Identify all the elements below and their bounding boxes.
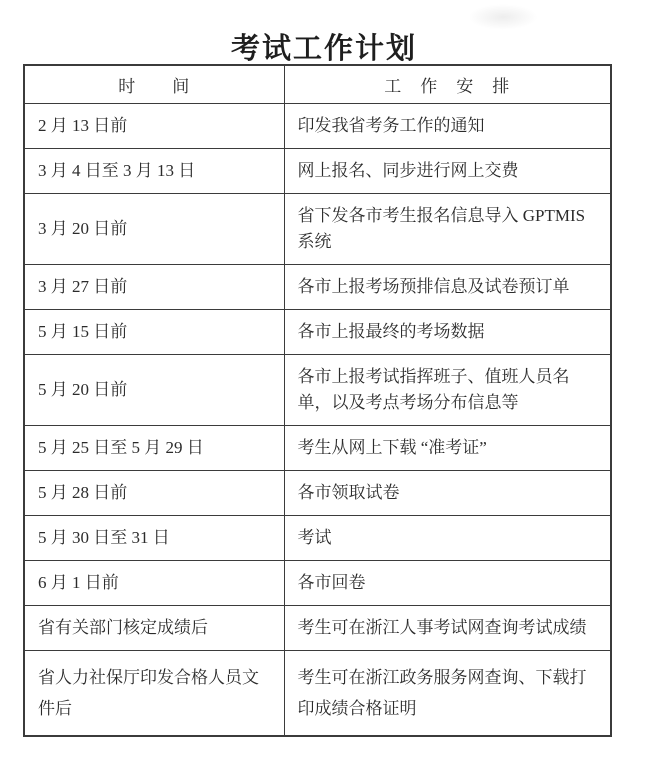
exam-schedule-table: 时 间 工 作 安 排 2 月 13 日前 印发我省考务工作的通知 3 月 4 … <box>23 64 612 737</box>
page-title: 考试工作计划 <box>0 0 648 64</box>
task-cell: 考试 <box>284 515 611 560</box>
time-cell: 5 月 15 日前 <box>24 309 284 354</box>
task-cell: 网上报名、同步进行网上交费 <box>284 148 611 193</box>
task-cell: 考生可在浙江政务服务网查询、下载打印成绩合格证明 <box>284 650 611 736</box>
time-cell: 5 月 25 日至 5 月 29 日 <box>24 425 284 470</box>
table-body: 2 月 13 日前 印发我省考务工作的通知 3 月 4 日至 3 月 13 日 … <box>24 103 611 736</box>
task-cell: 各市上报考试指挥班子、值班人员名单，以及考点考场分布信息等 <box>284 354 611 425</box>
table-row: 3 月 20 日前 省下发各市考生报名信息导入 GPTMIS 系统 <box>24 193 611 264</box>
table-row: 5 月 25 日至 5 月 29 日 考生从网上下载 “准考证” <box>24 425 611 470</box>
table-row: 3 月 4 日至 3 月 13 日 网上报名、同步进行网上交费 <box>24 148 611 193</box>
table-row: 3 月 27 日前 各市上报考场预排信息及试卷预订单 <box>24 264 611 309</box>
table-row: 省人力社保厅印发合格人员文件后 考生可在浙江政务服务网查询、下载打印成绩合格证明 <box>24 650 611 736</box>
time-cell: 省有关部门核定成绩后 <box>24 605 284 650</box>
time-cell: 3 月 20 日前 <box>24 193 284 264</box>
table-row: 6 月 1 日前 各市回卷 <box>24 560 611 605</box>
table-row: 5 月 20 日前 各市上报考试指挥班子、值班人员名单，以及考点考场分布信息等 <box>24 354 611 425</box>
task-cell: 各市上报最终的考场数据 <box>284 309 611 354</box>
time-cell: 3 月 27 日前 <box>24 264 284 309</box>
task-cell: 各市领取试卷 <box>284 470 611 515</box>
task-cell: 印发我省考务工作的通知 <box>284 103 611 148</box>
task-cell: 各市回卷 <box>284 560 611 605</box>
task-cell: 省下发各市考生报名信息导入 GPTMIS 系统 <box>284 193 611 264</box>
table-row: 省有关部门核定成绩后 考生可在浙江人事考试网查询考试成绩 <box>24 605 611 650</box>
task-cell: 考生从网上下载 “准考证” <box>284 425 611 470</box>
table-row: 5 月 30 日至 31 日 考试 <box>24 515 611 560</box>
column-header-task: 工 作 安 排 <box>284 65 611 103</box>
table-header-row: 时 间 工 作 安 排 <box>24 65 611 103</box>
time-cell: 省人力社保厅印发合格人员文件后 <box>24 650 284 736</box>
table-row: 5 月 15 日前 各市上报最终的考场数据 <box>24 309 611 354</box>
task-cell: 考生可在浙江人事考试网查询考试成绩 <box>284 605 611 650</box>
column-header-time: 时 间 <box>24 65 284 103</box>
table-row: 2 月 13 日前 印发我省考务工作的通知 <box>24 103 611 148</box>
task-cell: 各市上报考场预排信息及试卷预订单 <box>284 264 611 309</box>
time-cell: 6 月 1 日前 <box>24 560 284 605</box>
time-cell: 5 月 30 日至 31 日 <box>24 515 284 560</box>
time-cell: 5 月 20 日前 <box>24 354 284 425</box>
time-cell: 2 月 13 日前 <box>24 103 284 148</box>
table-row: 5 月 28 日前 各市领取试卷 <box>24 470 611 515</box>
time-cell: 5 月 28 日前 <box>24 470 284 515</box>
time-cell: 3 月 4 日至 3 月 13 日 <box>24 148 284 193</box>
